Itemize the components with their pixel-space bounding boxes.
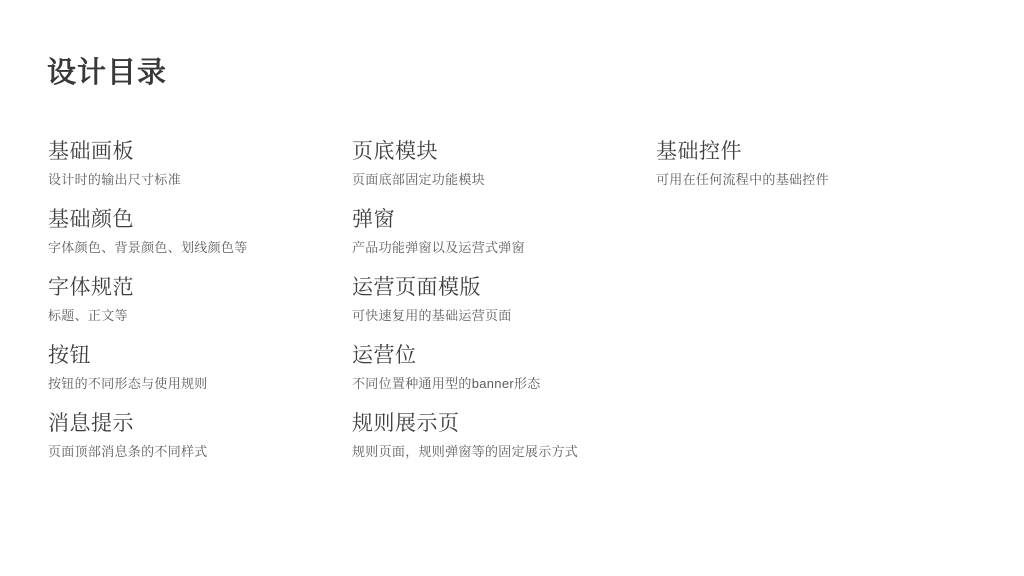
catalog-item-title: 基础控件 (656, 139, 960, 165)
catalog-item-desc: 可用在任何流程中的基础控件 (656, 171, 960, 189)
catalog-item: 基础画板 设计时的输出尺寸标准 (48, 139, 352, 189)
catalog-column-2: 页底模块 页面底部固定功能模块 弹窗 产品功能弹窗以及运营式弹窗 运营页面模版 … (352, 139, 656, 479)
catalog-item-desc: 按钮的不同形态与使用规则 (48, 375, 352, 393)
catalog-column-1: 基础画板 设计时的输出尺寸标准 基础颜色 字体颜色、背景颜色、划线颜色等 字体规… (48, 139, 352, 479)
page-title: 设计目录 (47, 50, 167, 91)
catalog-column-3: 基础控件 可用在任何流程中的基础控件 (656, 139, 960, 479)
catalog-item-title: 运营位 (352, 343, 656, 369)
catalog-item-desc: 设计时的输出尺寸标准 (48, 171, 352, 189)
catalog-item-title: 规则展示页 (352, 411, 656, 437)
catalog-item: 弹窗 产品功能弹窗以及运营式弹窗 (352, 207, 656, 257)
catalog-item-desc: 规则页面，规则弹窗等的固定展示方式 (352, 443, 656, 461)
catalog-item: 基础控件 可用在任何流程中的基础控件 (656, 139, 960, 189)
catalog-item-desc: 产品功能弹窗以及运营式弹窗 (352, 239, 656, 257)
catalog-item-desc: 页面顶部消息条的不同样式 (48, 443, 352, 461)
catalog-item: 运营位 不同位置种通用型的banner形态 (352, 343, 656, 393)
design-catalog-slide: 设计目录 基础画板 设计时的输出尺寸标准 基础颜色 字体颜色、背景颜色、划线颜色… (0, 0, 1024, 576)
catalog-item-title: 弹窗 (352, 207, 656, 233)
catalog-item-title: 按钮 (48, 343, 352, 369)
catalog-item: 字体规范 标题、正文等 (48, 275, 352, 325)
catalog-item-title: 页底模块 (352, 139, 656, 165)
catalog-item: 运营页面模版 可快速复用的基础运营页面 (352, 275, 656, 325)
catalog-item: 规则展示页 规则页面，规则弹窗等的固定展示方式 (352, 411, 656, 461)
catalog-item-title: 运营页面模版 (352, 275, 656, 301)
catalog-item: 页底模块 页面底部固定功能模块 (352, 139, 656, 189)
catalog-item: 按钮 按钮的不同形态与使用规则 (48, 343, 352, 393)
catalog-item-desc: 不同位置种通用型的banner形态 (352, 375, 656, 393)
catalog-item-desc: 页面底部固定功能模块 (352, 171, 656, 189)
catalog-item-title: 字体规范 (48, 275, 352, 301)
content-columns: 基础画板 设计时的输出尺寸标准 基础颜色 字体颜色、背景颜色、划线颜色等 字体规… (48, 139, 984, 479)
catalog-item-title: 基础画板 (48, 139, 352, 165)
catalog-item-desc: 可快速复用的基础运营页面 (352, 307, 656, 325)
catalog-item: 消息提示 页面顶部消息条的不同样式 (48, 411, 352, 461)
catalog-item-title: 基础颜色 (48, 207, 352, 233)
catalog-item: 基础颜色 字体颜色、背景颜色、划线颜色等 (48, 207, 352, 257)
catalog-item-title: 消息提示 (48, 411, 352, 437)
catalog-item-desc: 字体颜色、背景颜色、划线颜色等 (48, 239, 352, 257)
catalog-item-desc: 标题、正文等 (48, 307, 352, 325)
